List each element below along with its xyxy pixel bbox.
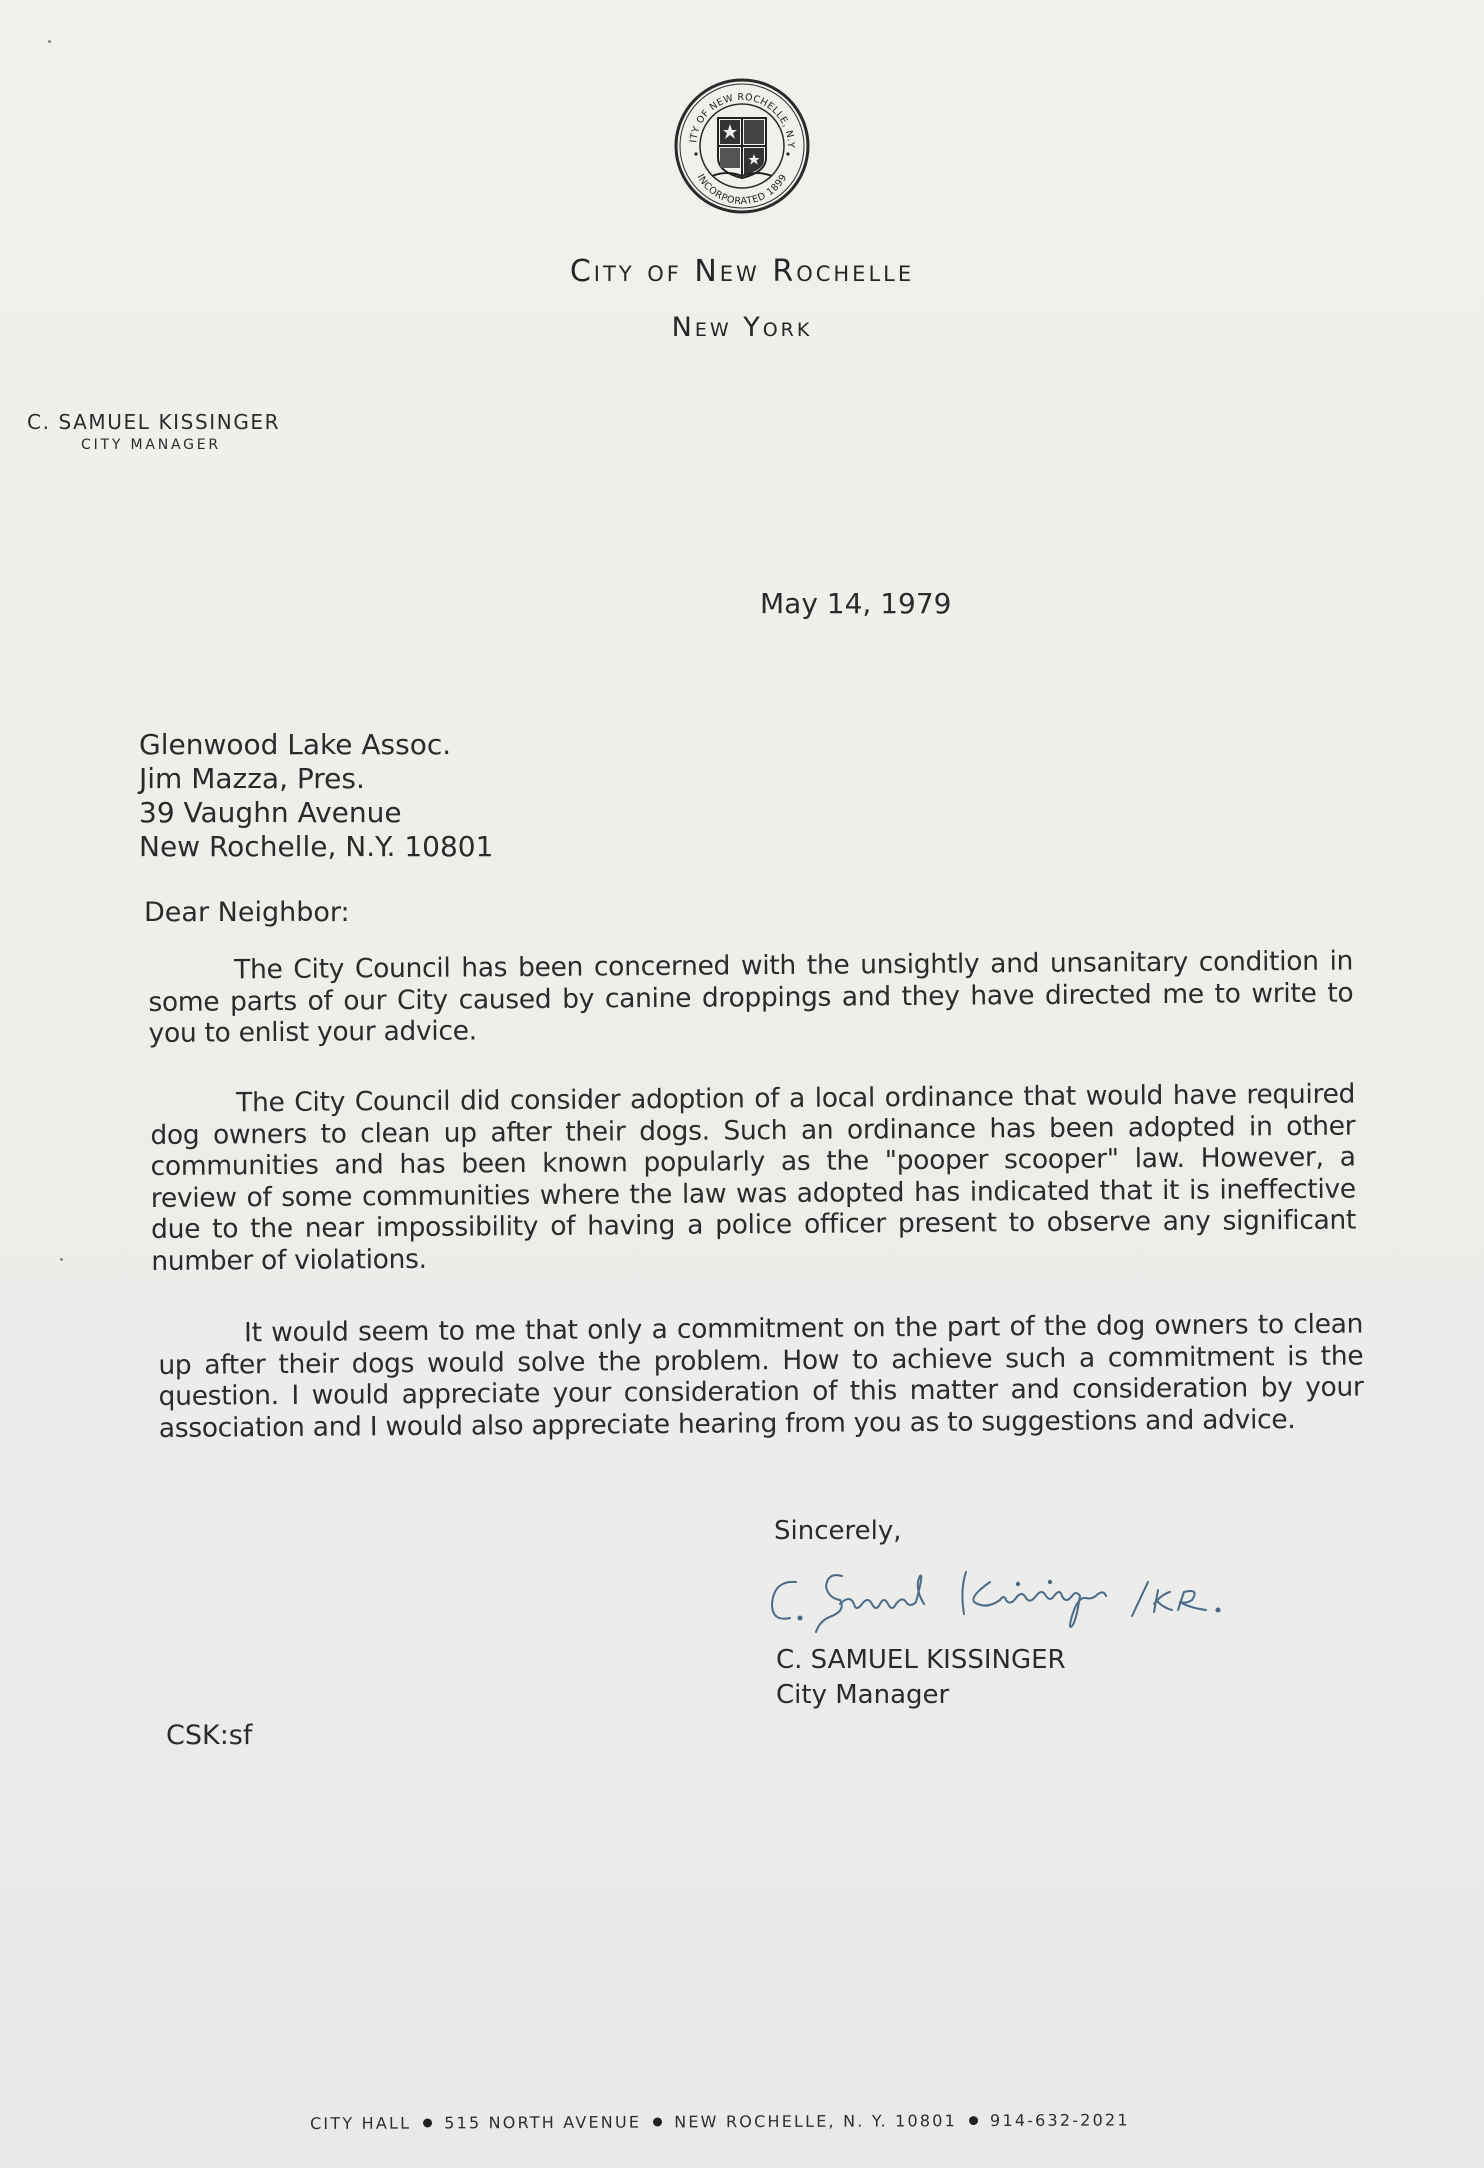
- body-paragraph: The City Council did consider adoption o…: [150, 1079, 1356, 1277]
- letter-date: May 14, 1979: [760, 587, 951, 620]
- paragraph-text: It would seem to me that only a commitme…: [158, 1309, 1363, 1444]
- signer-name: C. SAMUEL KISSINGER: [776, 1645, 1066, 1675]
- paragraph-text: The City Council did consider adoption o…: [150, 1079, 1356, 1277]
- footer-building: CITY HALL: [310, 2114, 411, 2133]
- footer-phone: 914-632-2021: [990, 2110, 1130, 2130]
- body-paragraph: The City Council has been concerned with…: [148, 946, 1354, 1050]
- paper-speck: [48, 40, 51, 43]
- recipient-street: 39 Vaughn Avenue: [139, 796, 493, 830]
- recipient-organization: Glenwood Lake Assoc.: [139, 728, 493, 762]
- sender-name: C. SAMUEL KISSINGER: [27, 410, 280, 434]
- salutation: Dear Neighbor:: [144, 897, 350, 928]
- recipient-address: Glenwood Lake Assoc. Jim Mazza, Pres. 39…: [139, 728, 493, 864]
- recipient-city: New Rochelle, N.Y. 10801: [139, 830, 493, 864]
- paper-speck: [60, 1258, 63, 1261]
- letterhead-title: City of New Rochelle: [0, 254, 1484, 289]
- body-paragraph: It would seem to me that only a commitme…: [158, 1309, 1364, 1444]
- bullet-icon: [653, 2117, 662, 2126]
- recipient-person: Jim Mazza, Pres.: [139, 762, 493, 796]
- footer-street: 515 NORTH AVENUE: [444, 2113, 641, 2133]
- svg-text:C. Samuel Kissinger /KR.: C. Samuel Kissinger /KR.: [760, 1560, 773, 1561]
- paragraph-text: The City Council has been concerned with…: [148, 946, 1353, 1049]
- closing: Sincerely,: [774, 1516, 902, 1546]
- bullet-icon: [423, 2118, 432, 2127]
- reference-initials: CSK:sf: [166, 1720, 252, 1751]
- bullet-icon: [969, 2116, 978, 2125]
- footer-city: NEW ROCHELLE, N. Y. 10801: [674, 2111, 957, 2131]
- city-seal-icon: CITY OF NEW ROCHELLE, N.Y. INCORPORATED …: [672, 76, 812, 216]
- handwritten-signature: C. Samuel Kissinger /KR.: [760, 1560, 1380, 1640]
- letterhead-subtitle: New York: [0, 312, 1484, 343]
- letterhead-footer: CITY HALL515 NORTH AVENUENEW ROCHELLE, N…: [310, 2110, 1130, 2133]
- letter-page: CITY OF NEW ROCHELLE, N.Y. INCORPORATED …: [0, 0, 1484, 2168]
- signer-title: City Manager: [776, 1680, 949, 1710]
- sender-title: CITY MANAGER: [81, 437, 221, 453]
